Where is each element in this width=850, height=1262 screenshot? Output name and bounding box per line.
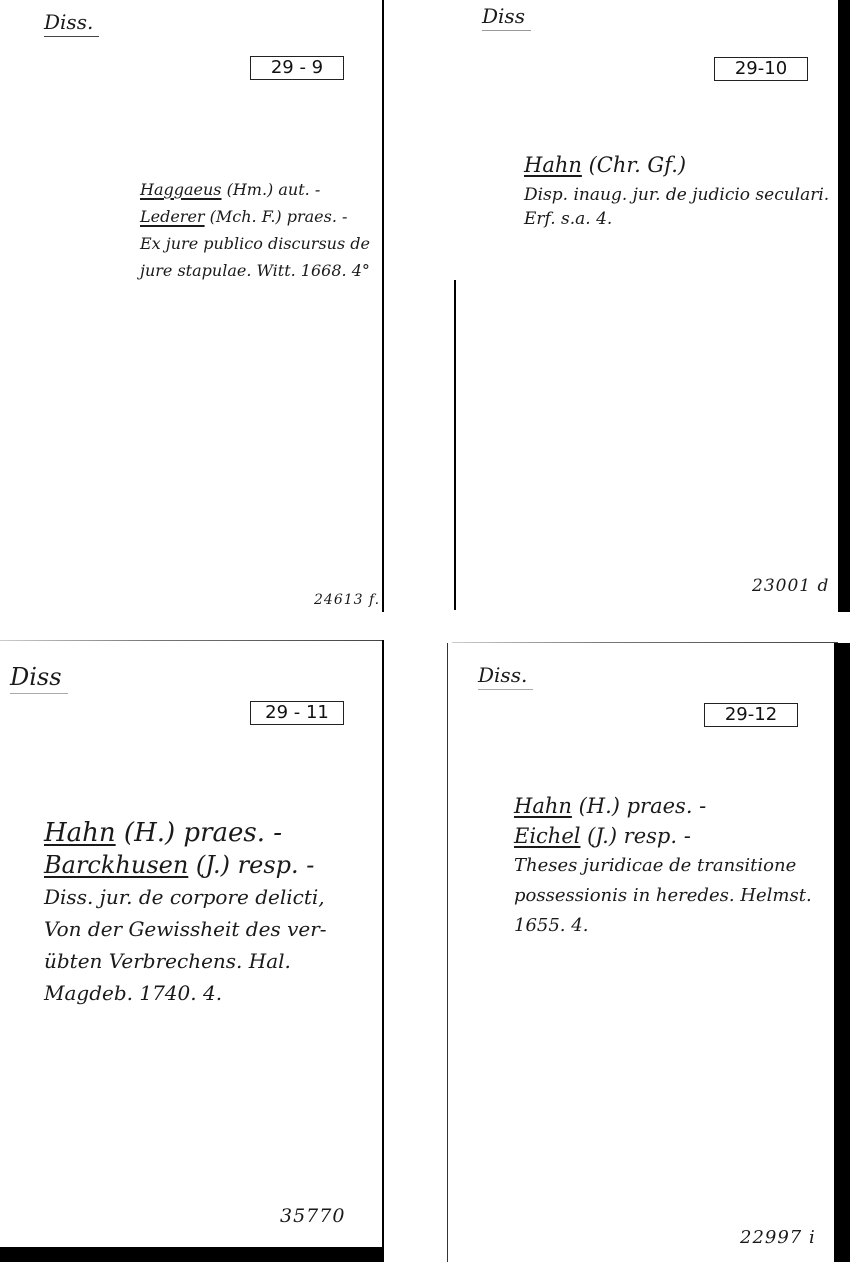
entry-line: possessionis in heredes. Helmst. [514, 881, 812, 911]
card-edge [382, 640, 384, 1262]
card-heading: Diss [482, 4, 531, 31]
entry-line: Lederer (Mch. F.) praes. - [140, 203, 370, 230]
bibliographic-entry: Hahn (H.) praes. - Eichel (J.) resp. - T… [514, 791, 812, 941]
bibliographic-entry: Haggaeus (Hm.) aut. - Lederer (Mch. F.) … [140, 176, 370, 284]
call-number-box: 29 - 9 [250, 56, 344, 80]
entry-line: Hahn (H.) praes. - [44, 817, 327, 849]
entry-line: Disp. inaug. jur. de judicio seculari. [524, 180, 829, 210]
entry-line: Diss. jur. de corpore delicti, [44, 881, 327, 913]
catalog-card-29-9: Diss. 29 - 9 Haggaeus (Hm.) aut. - Leder… [0, 0, 382, 610]
card-edge [382, 0, 384, 612]
card-heading: Diss. [478, 663, 533, 690]
entry-line: Barckhusen (J.) resp. - [44, 849, 327, 881]
card-bottom-shadow [0, 1247, 384, 1262]
bibliographic-entry: Hahn (Chr. Gf.) Disp. inaug. jur. de jud… [524, 150, 829, 228]
entry-line: Haggaeus (Hm.) aut. - [140, 176, 370, 203]
accession-number: 35770 [280, 1205, 345, 1227]
call-number-box: 29-10 [714, 57, 808, 81]
entry-line: Theses juridicae de transitione [514, 851, 812, 881]
entry-line: Ex jure publico discursus de [140, 230, 370, 257]
card-heading: Diss [10, 663, 68, 694]
call-number-box: 29-12 [704, 703, 798, 727]
card-edge-right [838, 0, 850, 612]
accession-number: 22997 i [740, 1227, 816, 1248]
card-heading: Diss. [44, 10, 99, 37]
entry-line: Erf. s.a. 4. [524, 210, 829, 228]
bibliographic-entry: Hahn (H.) praes. - Barckhusen (J.) resp.… [44, 817, 327, 1009]
catalog-card-29-11: Diss 29 - 11 Hahn (H.) praes. - Barckhus… [0, 641, 382, 1247]
card-edge-right [834, 643, 850, 1262]
catalog-card-29-12: Diss. 29-12 Hahn (H.) praes. - Eichel (J… [448, 643, 834, 1262]
catalog-card-29-10: Diss 29-10 Hahn (Chr. Gf.) Disp. inaug. … [456, 0, 838, 610]
accession-number: 23001 d [752, 576, 829, 596]
entry-line: Magdeb. 1740. 4. [44, 977, 327, 1009]
card-edge-left [447, 643, 448, 1262]
entry-line: Hahn (H.) praes. - [514, 791, 812, 821]
entry-line: Hahn (Chr. Gf.) [524, 150, 829, 180]
entry-line: Von der Gewissheit des ver- [44, 913, 327, 945]
call-number-box: 29 - 11 [250, 701, 344, 725]
accession-number: 24613 f. [314, 592, 380, 608]
entry-line: übten Verbrechens. Hal. [44, 945, 327, 977]
entry-line: jure stapulae. Witt. 1668. 4° [140, 257, 370, 284]
entry-line: Eichel (J.) resp. - [514, 821, 812, 851]
card-edge-left [454, 280, 456, 610]
entry-line: 1655. 4. [514, 911, 812, 941]
